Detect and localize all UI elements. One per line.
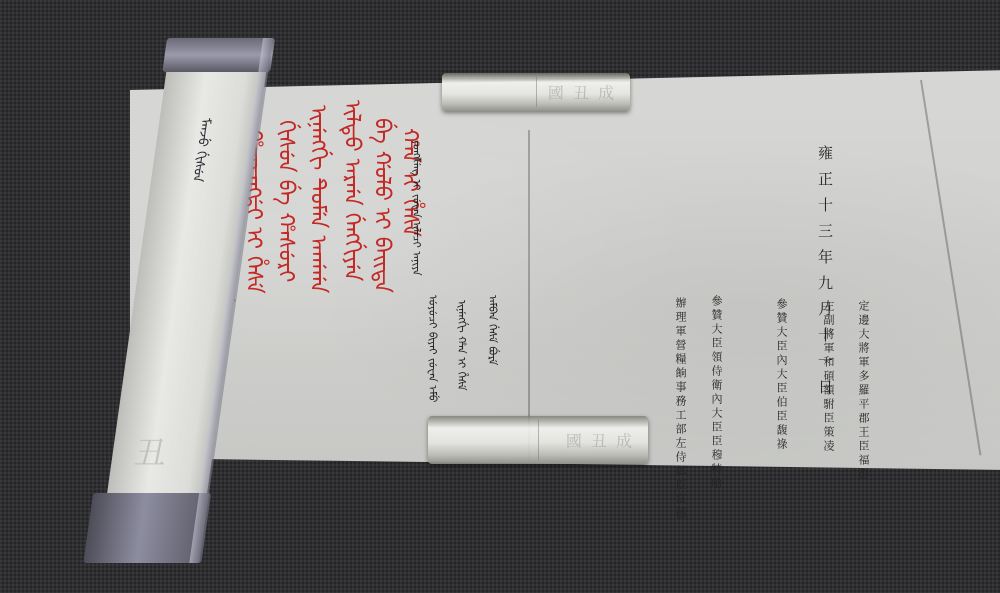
acrylic-weight-top: 國 丑 成 bbox=[442, 73, 630, 111]
signatory-column: 辦理軍營糧餉事務工部左侍郎臣富德 bbox=[672, 297, 688, 521]
signatory-column: 左副將軍和碩額駙臣策凌 bbox=[820, 300, 836, 454]
manchu-red-column: ᡳᠯᡨᡠ ᠠᡵᡤᠠ ᡤᡝᠩᡤᡳᠶᡝᠨ bbox=[340, 100, 362, 281]
manchu-black-column: ᠶᠣᠩᡯᡝᠩ ᡳ ᠵᡠᠸᠠᠨ ᡳᠯᠠᠴᡳ ᠠᠨᡳᠶᠠ bbox=[412, 140, 426, 276]
signatory-column: 參贊大臣領侍衛內大臣臣穆特哈 bbox=[708, 295, 724, 491]
weight-mark: 國 丑 成 bbox=[548, 81, 616, 104]
weight-seam bbox=[538, 420, 539, 460]
paper-fold-line bbox=[920, 80, 981, 456]
weight-seam bbox=[536, 77, 537, 107]
weight-mark: 國 丑 成 bbox=[566, 429, 634, 452]
photo-scene: ᡥᠠᠨ ᡳ ᡥᡝᠰᡝ ᠪᡝ ᡤᠣᠯᠣ ᡳ ᠪᠠᡳᡨᠠ ᡳᠯᡨᡠ ᠠᡵᡤᠠ ᡤᡝᠩ… bbox=[0, 0, 1000, 593]
paper-fold-line bbox=[528, 130, 530, 460]
roll-mark: 丑 bbox=[132, 428, 170, 474]
signatory-column: 定邊大將軍多羅平郡王臣福彭 bbox=[855, 300, 871, 482]
manchu-black-column: ᡳᠨᡝᠩᡤᡳ ᡥᠠᠨ ᡳ ᡥᡝᠰᡝ bbox=[457, 300, 471, 391]
acrylic-weight-bottom: 國 丑 成 bbox=[428, 416, 648, 464]
manchu-red-column: ᡳᠨᡝᠩᡤᡳ ᡨᡠᠮᡝᠨ ᠠᠨᡤᡤᠠ bbox=[306, 105, 328, 293]
signatory-column: 參贊大臣內大臣伯臣馥祿 bbox=[773, 298, 789, 452]
manchu-black-column: ᡠᠶᡠᠴᡳ ᠪᡳᠶᠠᡳ ᠵᡠᠸᠠᠨ ᡝᠮᡠ bbox=[428, 295, 442, 402]
manchu-red-column: ᠪᡝ ᡤᠣᠯᠣ ᡳ ᠪᠠᡳᡨᠠ bbox=[370, 118, 392, 293]
manchu-black-column: ᠠᠮᠪᠠᠨ ᡤᡝᠰᡝ ᠪᡠᡵᡝ bbox=[488, 295, 502, 365]
manchu-red-column: ᡤᡳᠰᡠᠨ ᠪᡝ ᡥᠠᠰᡠᡵᡳ bbox=[274, 120, 296, 282]
